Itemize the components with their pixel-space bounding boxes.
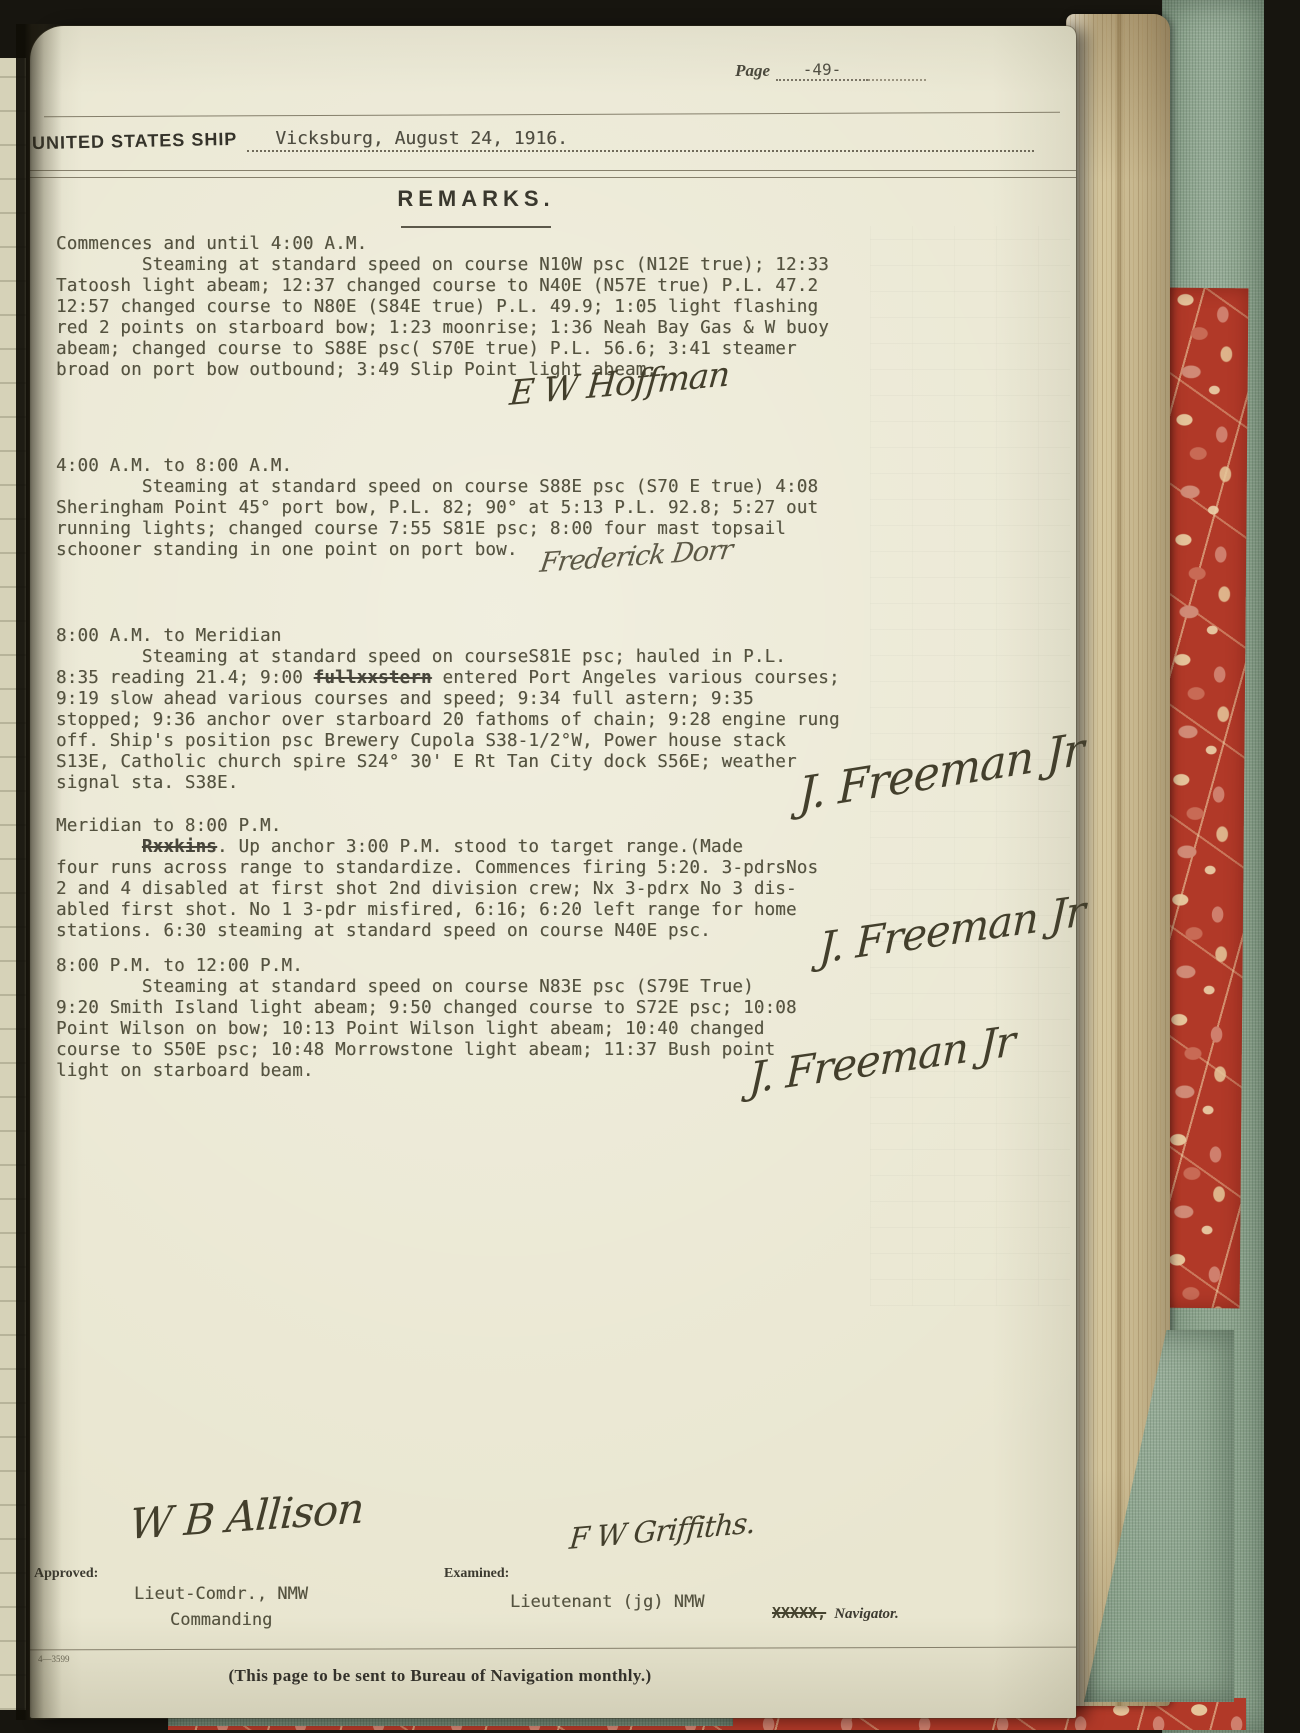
- remarks-underline: [401, 226, 551, 228]
- navigator-caption: XXXXX, Navigator.: [772, 1604, 899, 1623]
- entry-body: Steaming at standard speed on course N10…: [56, 255, 916, 381]
- navigator-label: Navigator.: [834, 1606, 899, 1622]
- line-segment: [56, 837, 142, 857]
- page-number-dotted-tail: [868, 65, 926, 81]
- entry-line: Steaming at standard speed on courseS81E…: [56, 647, 916, 668]
- book-scan: { "page": { "page_word": "Page", "page_n…: [0, 0, 1300, 1733]
- ship-name-row: UNITED STATES SHIP Vicksburg, August 24,…: [32, 128, 1034, 152]
- approved-label: Approved:: [34, 1566, 98, 1582]
- double-rule-top: [30, 170, 1076, 171]
- entry-body: Steaming at standard speed on course S88…: [56, 477, 916, 561]
- entry-line-with-strikeout: Rxxkins. Up anchor 3:00 P.M. stood to ta…: [56, 837, 916, 858]
- footer-note: (This page to be sent to Bureau of Navig…: [160, 1666, 720, 1686]
- form-number: 4—3599: [38, 1654, 70, 1664]
- page-number: -49-: [776, 60, 868, 81]
- log-entry-4am-to-8am: 4:00 A.M. to 8:00 A.M. Steaming at stand…: [56, 456, 916, 561]
- entry-heading: 4:00 A.M. to 8:00 A.M.: [56, 456, 916, 477]
- page-number-field: Page -49-: [735, 60, 926, 81]
- entry-body: 9:19 slow ahead various courses and spee…: [56, 689, 916, 794]
- commanding-officer-signature: W B Allison: [128, 1483, 365, 1549]
- bottom-border-rule: [30, 1647, 1076, 1651]
- remarks-heading: REMARKS.: [56, 186, 896, 228]
- struck-out-text: Rxxkins: [142, 837, 217, 857]
- ship-name-value: Vicksburg, August 24, 1916.: [275, 128, 568, 149]
- entry-heading: 8:00 P.M. to 12:00 P.M.: [56, 956, 916, 977]
- top-border-rule: [44, 112, 1060, 117]
- entry-heading: Meridian to 8:00 P.M.: [56, 816, 916, 837]
- logbook-page: Page -49- UNITED STATES SHIP Vicksburg, …: [30, 26, 1076, 1718]
- line-segment: 8:35 reading 21.4; 9:00: [56, 668, 314, 688]
- examined-rank: Lieutenant (jg) NMW: [510, 1592, 704, 1612]
- entry-heading: 8:00 A.M. to Meridian: [56, 626, 916, 647]
- approved-rank: Lieut-Comdr., NMW: [134, 1584, 308, 1604]
- entry-heading: Commences and until 4:00 A.M.: [56, 234, 916, 255]
- page-word: Page: [735, 61, 770, 81]
- line-segment: . Up anchor 3:00 P.M. stood to target ra…: [217, 837, 743, 857]
- log-entry-midnight-to-4am: Commences and until 4:00 A.M. Steaming a…: [56, 234, 916, 381]
- log-entry-meridian-to-8pm: Meridian to 8:00 P.M. Rxxkins. Up anchor…: [56, 816, 916, 942]
- entry-line-with-strikeout: 8:35 reading 21.4; 9:00 fullxxstern ente…: [56, 668, 916, 689]
- struck-out-text: fullxxstern: [314, 668, 432, 688]
- examined-label: Examined:: [444, 1566, 509, 1582]
- navigator-signature: F W Griffiths.: [568, 1505, 756, 1556]
- line-segment: entered Port Angeles various courses;: [432, 668, 840, 688]
- entry-body: four runs across range to standardize. C…: [56, 858, 916, 942]
- approved-role: Commanding: [170, 1610, 272, 1630]
- book-cover-marbled-paper: [1160, 288, 1249, 1309]
- remarks-title: REMARKS.: [56, 186, 896, 212]
- previous-page-edge: [0, 58, 26, 1710]
- double-rule-bottom: [30, 177, 1076, 178]
- log-entry-8am-to-meridian: 8:00 A.M. to Meridian Steaming at standa…: [56, 626, 916, 794]
- ship-name-field: Vicksburg, August 24, 1916.: [247, 128, 1034, 152]
- struck-out-text: XXXXX,: [772, 1604, 826, 1622]
- ship-label: UNITED STATES SHIP: [32, 129, 238, 154]
